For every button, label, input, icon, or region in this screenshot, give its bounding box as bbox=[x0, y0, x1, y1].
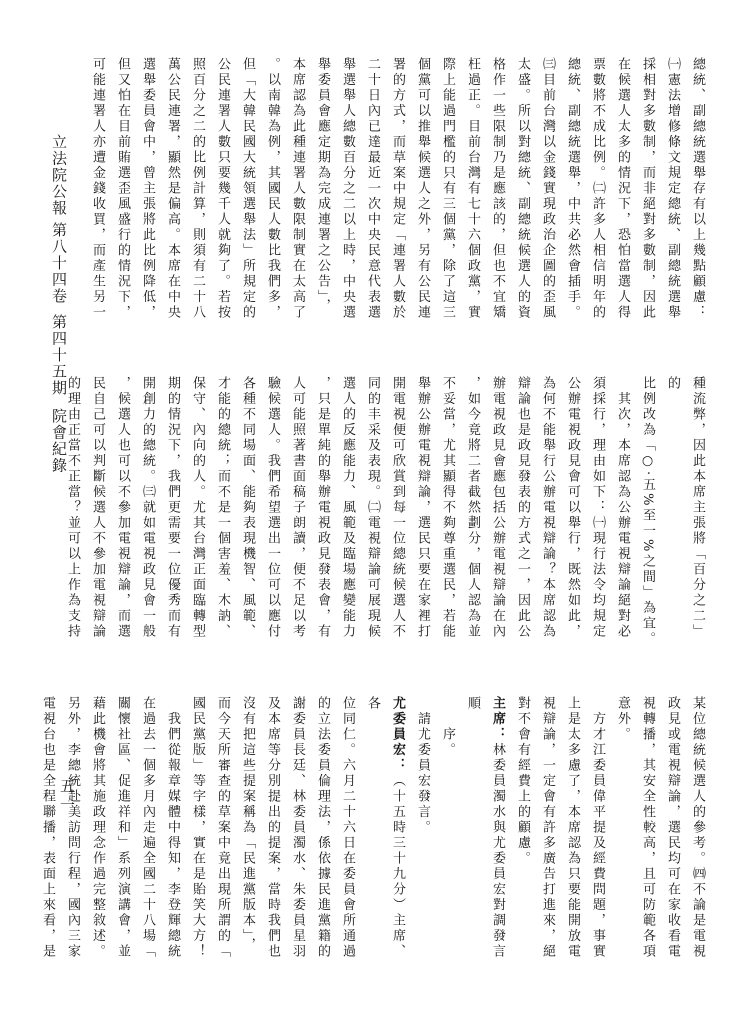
text-column: 民自己可以判斷候選人不參加電視辯論 bbox=[85, 376, 110, 648]
text-column: 對不會有經費上的顧慮。 bbox=[510, 696, 535, 968]
text-column: 署的方式，而草案中規定「連署人數於 bbox=[385, 57, 410, 329]
text-column: 票數將不成比例。㈡許多人相信明年的 bbox=[585, 57, 610, 329]
text-column: 在過去一個多月內走遍全國二十八場「 bbox=[135, 696, 160, 968]
text-column: 舉委員會應定期為完成連署之公告」， bbox=[310, 57, 335, 329]
text-column: 的理由正當不正當？並可以上作為支持 bbox=[60, 376, 85, 648]
text-column: 序。 bbox=[435, 696, 460, 968]
text-column: 本席認為此種連署人數限制實在太高了 bbox=[285, 57, 310, 329]
text-column: 辦電視政見會應包括公辦電視辯論在內 bbox=[485, 376, 510, 648]
text-column: 開電視便可欣賞到每一位總統候選人不 bbox=[385, 376, 410, 648]
text-column: 請尤委員宏發言。 bbox=[410, 696, 435, 968]
text-column: 各種不同場面、能夠表現機智、風範、 bbox=[235, 376, 260, 648]
text-column: 枉過正。目前台灣有七十六個政黨，實 bbox=[460, 57, 485, 329]
text-column: 位同仁。六月二十六日在委員會所通過 bbox=[335, 696, 360, 968]
text-column: 總統、副總統選舉存有以上幾點顧慮： bbox=[685, 57, 710, 329]
text-column: 開創力的總統。㈢就如電視政見會一般 bbox=[135, 376, 160, 648]
gazette-page: 立法院公報 第八十四卷 第四十五期 院會紀錄 五一 總統、副總統選舉存有以上幾點… bbox=[0, 0, 743, 1024]
text-column: 關懷社區、促進祥和」系列演講會，並 bbox=[110, 696, 135, 968]
text-column: 驗候選人。我們希望選出一位可以應付 bbox=[260, 376, 285, 648]
text-column: 公民連署人數只要幾千人就夠了。若按 bbox=[210, 57, 235, 329]
text-column: ㈢目前台灣以金錢實現政治企圖的歪風 bbox=[535, 57, 560, 329]
text-column: 際上能過門檻的只有三個黨，除了這三 bbox=[435, 57, 460, 329]
text-column: 期的情況下，我們更需要一位優秀而有 bbox=[160, 376, 185, 648]
text-column: 採相對多數制，而非絕對多數制，因此 bbox=[635, 57, 660, 329]
text-column: 太盛。所以對總統、副總統候選人的資 bbox=[510, 57, 535, 329]
text-column: 舉辦公辦電視辯論，選民只要在家裡打 bbox=[410, 376, 435, 648]
text-column: 視辯論，一定會有許多廣告打進來，絕 bbox=[535, 696, 560, 968]
text-column: 國民黨版」等字樣，實在是貽笑大方！ bbox=[185, 696, 210, 968]
text-column: 人可能照著書面稿子朗讀，便不足以考 bbox=[285, 376, 310, 648]
text-column: 沒有把這些提案稱為「民進黨版本」， bbox=[235, 696, 260, 968]
text-column: ，如今竟將二者截然劃分，個人認為並 bbox=[460, 376, 485, 648]
text-column: 種流弊，因此本席主張將「百分之二」的 bbox=[660, 376, 710, 648]
text-column: ㈠憲法增修條文規定總統、副總統選舉 bbox=[660, 57, 685, 329]
text-column: 在候選人太多的情況下，恐怕當選人得 bbox=[610, 57, 635, 329]
text-column: 為何不能舉行公辦電視辯論？本席認為 bbox=[535, 376, 560, 648]
text-column: 但又怕在目前賄選歪風盛行的情況下， bbox=[110, 57, 135, 329]
text-column: 某位總統候選人的參考。㈣不論是電視 bbox=[685, 696, 710, 968]
text-column: 二十日內已達最近一次中央民意代表選 bbox=[360, 57, 385, 329]
text-column: 另外，李總統赴美訪問行程，國內三家 bbox=[60, 696, 85, 968]
text-column: 選人的反應能力、風範及臨場應變能力 bbox=[335, 376, 360, 648]
text-band-bottom: 某位總統候選人的參考。㈣不論是電視政見或電視辯論，選民均可在家收看電視轉播，其安… bbox=[35, 696, 710, 968]
text-column: 選舉委員會中，曾主張將此比例降低， bbox=[135, 57, 160, 329]
text-column: 的立法委員倫理法，係依據民進黨籍的 bbox=[310, 696, 335, 968]
text-column: 謝委員長廷、林委員濁水、朱委員星羽 bbox=[285, 696, 310, 968]
margin-volume: 第八十四卷 bbox=[49, 222, 70, 305]
text-column: 比例改為「○‧五%至一%之間」為宜。 bbox=[635, 376, 660, 648]
text-column: 上是太多慮了，本席認為只要能開放電 bbox=[560, 696, 585, 968]
margin-journal-title: 立法院公報 bbox=[49, 134, 70, 217]
text-column: 但「大韓民國大統領選舉法」所規定的 bbox=[235, 57, 260, 329]
text-column: 照百分之二的比例計算，則須有二十八 bbox=[185, 57, 210, 329]
text-column: 主席：林委員濁水與尤委員宏對調發言順 bbox=[460, 696, 510, 968]
text-column: 舉選舉人總數百分之二以上時，中央選 bbox=[335, 57, 360, 329]
text-column: 我們從報章媒體中得知，李登輝總統 bbox=[160, 696, 185, 968]
text-column: 尤委員宏：（十五時三十九分）主席、各 bbox=[360, 696, 410, 968]
text-column: 意外。 bbox=[610, 696, 635, 968]
text-column: 總統、副總統選舉，中共必然會插手。 bbox=[560, 57, 585, 329]
text-column: 公辦電視政見會可以舉行，既然如此， bbox=[560, 376, 585, 648]
text-column: 藉此機會將其施政理念作過完整敘述。 bbox=[85, 696, 110, 968]
text-column: 視轉播，其安全性較高，且可防範各項 bbox=[635, 696, 660, 968]
text-column: ，候選人也可以不參加電視辯論，而選 bbox=[110, 376, 135, 648]
text-column: ，只是單純的舉辦電視政見發表會，有 bbox=[310, 376, 335, 648]
text-column: 及本席等分別提出的提案，當時我們也 bbox=[260, 696, 285, 968]
text-band-middle: 種流弊，因此本席主張將「百分之二」的比例改為「○‧五%至一%之間」為宜。 其次，… bbox=[60, 376, 710, 648]
text-column: 萬公民連署，顯然是偏高。本席在中央 bbox=[160, 57, 185, 329]
text-column: 不妥當，尤其顯得不夠尊重選民，若能 bbox=[435, 376, 460, 648]
text-column: 其次，本席認為公辦電視辯論絕對必 bbox=[610, 376, 635, 648]
text-band-top: 總統、副總統選舉存有以上幾點顧慮：㈠憲法增修條文規定總統、副總統選舉採相對多數制… bbox=[85, 57, 710, 329]
text-column: 而今天所審查的草案中竟出現所謂的「 bbox=[210, 696, 235, 968]
text-column: 同的丰采及表現。㈡電視辯論可展現候 bbox=[360, 376, 385, 648]
text-column: 。以南韓為例，其國民人數比我們多， bbox=[260, 57, 285, 329]
text-column: 電視台也是全程聯播，表面上來看，是 bbox=[35, 696, 60, 968]
text-column: 政見或電視辯論，選民均可在家收看電 bbox=[660, 696, 685, 968]
text-column: 格作一些限制乃是應該的，但也不宜矯 bbox=[485, 57, 510, 329]
text-column: 方才江委員偉平提及經費問題，事實 bbox=[585, 696, 610, 968]
text-column: 才能的總統；而不是一個害羞、木訥、 bbox=[210, 376, 235, 648]
text-column: 須採行，理由如下：㈠現行法令均規定 bbox=[585, 376, 610, 648]
text-column: 保守、內向的人。尤其台灣正面臨轉型 bbox=[185, 376, 210, 648]
text-column: 可能連署人亦遭金錢收買，而產生另一 bbox=[85, 57, 110, 329]
text-column: 辯論也是政見發表的方式之一，因此公 bbox=[510, 376, 535, 648]
text-column: 個黨可以推舉候選人之外，另有公民連 bbox=[410, 57, 435, 329]
